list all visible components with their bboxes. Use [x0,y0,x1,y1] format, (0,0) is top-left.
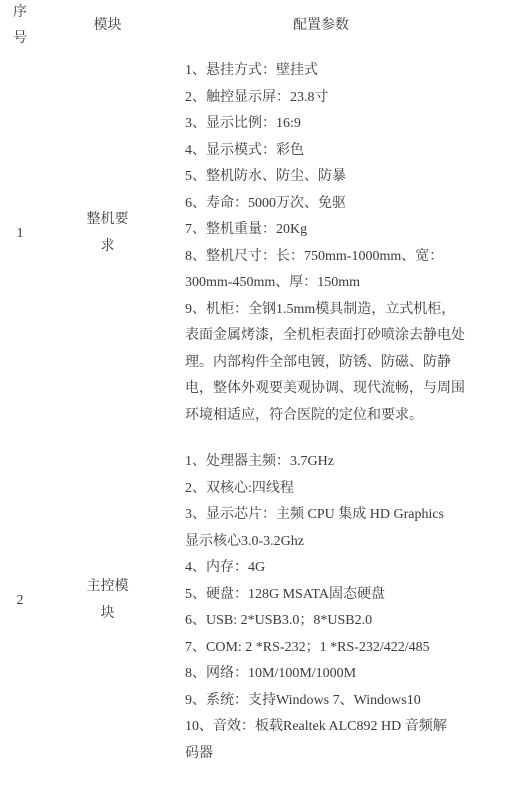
table-header-row: 序号 模块 配置参数 [0,0,526,52]
param-line: 1、处理器主频：3.7GHz [185,449,522,476]
table-row: 1整机要求1、悬挂方式：壁挂式2、触控显示屏：23.8寸3、显示比例：16:94… [0,52,526,445]
param-line: 8、整机尺寸：长：750mm-1000mm、宽： [185,244,522,271]
row-module-cell: 主控模块 [40,445,175,786]
param-line: 1、悬挂方式：壁挂式 [185,58,522,85]
row-params-cell: 1、处理器主频：3.7GHz2、双核心:四线程3、显示芯片：主频 CPU 集成 … [175,445,526,786]
header-label-params: 配置参数 [185,13,457,39]
param-line: 理。内部构件全部电镀，防锈、防磁、防静 [185,350,522,377]
param-line: 3、显示芯片：主频 CPU 集成 HD Graphics [185,502,522,529]
param-line: 电，整体外观要美观协调、现代流畅，与周围 [185,376,522,403]
param-line: 环境相适应，符合医院的定位和要求。 [185,403,522,430]
header-cell-module: 模块 [40,0,175,52]
row-module-label: 整机要求 [84,207,132,260]
param-line: 8、网络：10M/100M/1000M [185,661,522,688]
param-line: 3、显示比例：16:9 [185,111,522,138]
row-module-label: 主控模块 [84,574,132,627]
table-row: 2主控模块1、处理器主频：3.7GHz2、双核心:四线程3、显示芯片：主频 CP… [0,445,526,786]
param-line: 4、内存：4G [185,555,522,582]
param-line: 4、显示模式：彩色 [185,138,522,165]
param-line: 7、整机重量：20Kg [185,217,522,244]
row-params-cell: 1、悬挂方式：壁挂式2、触控显示屏：23.8寸3、显示比例：16:94、显示模式… [175,52,526,445]
param-line: 6、USB: 2*USB3.0；8*USB2.0 [185,608,522,635]
row-seq-cell: 1 [0,52,40,445]
spec-table: 序号 模块 配置参数 1整机要求1、悬挂方式：壁挂式2、触控显示屏：23.8寸3… [0,0,526,786]
param-line: 5、硬盘：128G MSATA固态硬盘 [185,582,522,609]
param-line: 2、触控显示屏：23.8寸 [185,85,522,112]
param-line: 表面金属烤漆，全机柜表面打砂喷涂去静电处 [185,323,522,350]
param-line: 显示核心3.0-3.2Ghz [185,529,522,556]
header-cell-params: 配置参数 [175,0,526,52]
row-number: 1 [17,226,24,242]
param-line: 9、机柜：全钢1.5mm模具制造，立式机柜， [185,297,522,324]
document-page: 序号 模块 配置参数 1整机要求1、悬挂方式：壁挂式2、触控显示屏：23.8寸3… [0,0,526,786]
header-label-module: 模块 [94,13,122,39]
header-cell-seq: 序号 [0,0,40,52]
row-number: 2 [17,593,24,609]
param-line: 10、音效：板载Realtek ALC892 HD 音频解 [185,714,522,741]
row-module-cell: 整机要求 [40,52,175,445]
param-line: 7、COM: 2 *RS-232；1 *RS-232/422/485 [185,635,522,662]
param-line: 5、整机防水、防尘、防暴 [185,164,522,191]
param-line: 300mm-450mm、厚：150mm [185,270,522,297]
row-seq-cell: 2 [0,445,40,786]
param-line: 6、寿命：5000万次、免驱 [185,191,522,218]
param-line: 9、系统：支持Windows 7、Windows10 [185,688,522,715]
header-label-seq: 序号 [12,0,28,52]
param-line: 码器 [185,741,522,768]
param-line: 2、双核心:四线程 [185,476,522,503]
table-body: 1整机要求1、悬挂方式：壁挂式2、触控显示屏：23.8寸3、显示比例：16:94… [0,52,526,786]
